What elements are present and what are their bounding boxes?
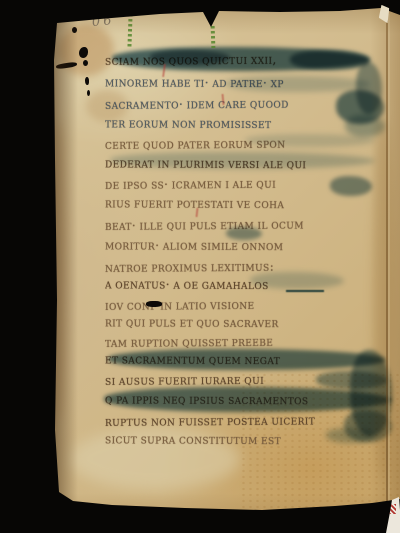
gutter-crease-line [386, 14, 388, 502]
text-line: tam ruption quisset preebe [105, 333, 383, 352]
text-line: et sacramentum quem negat [105, 351, 383, 369]
green-stitch-mark [127, 14, 132, 48]
text-line: iov conf in latio visione [105, 296, 383, 315]
text-line: ruptus non fuisset postea uicerit [105, 412, 383, 431]
folio-number: 06 [91, 13, 115, 30]
page-marker-ribbon [384, 496, 400, 533]
text-line: a oenatus· a oe gamahalos [105, 276, 383, 294]
ink-blot [79, 47, 88, 58]
text-line: sicut supra constitutum est [105, 431, 383, 449]
text-line: minorem habe ti· ad patre· xp [105, 74, 383, 92]
text-line: sciam nos quos quictui xxii, [105, 51, 383, 70]
text-line: certe quod pater eorum spon [105, 135, 383, 154]
text-line: moritur· aliom simile onnom [105, 237, 383, 255]
text-line: dederat in plurimis versi ale qui [105, 155, 383, 173]
text-line: natroe proximus lexitimus: [105, 258, 383, 277]
ink-blot [56, 62, 77, 70]
red-marks [389, 504, 396, 514]
green-stitch-mark [211, 26, 216, 48]
text-line: rit qui puls et quo sacraver [105, 314, 383, 332]
ink-blot [72, 27, 77, 33]
edge-stain [52, 120, 66, 420]
text-line: de ipso ss· icramen i ale qui [105, 175, 383, 194]
photo-background: sciam nos quos quictui xxii, minorem hab… [0, 0, 400, 533]
text-line: sacramento· idem care quood [105, 95, 383, 114]
text-line: beat· ille qui puls etiam il ocum [105, 216, 383, 235]
text-line: q pa ippis neq ipsius sacramentos [105, 391, 383, 409]
parchment-page: sciam nos quos quictui xxii, minorem hab… [0, 0, 400, 533]
text-line: rius fuerit potestati ve coha [105, 195, 383, 213]
text-line: ter eorum non promisisset [105, 115, 383, 133]
ink-blot [83, 60, 88, 66]
text-line: si ausus fuerit iurare qui [105, 371, 383, 390]
ink-blot [87, 90, 90, 96]
ink-blot [85, 77, 89, 85]
